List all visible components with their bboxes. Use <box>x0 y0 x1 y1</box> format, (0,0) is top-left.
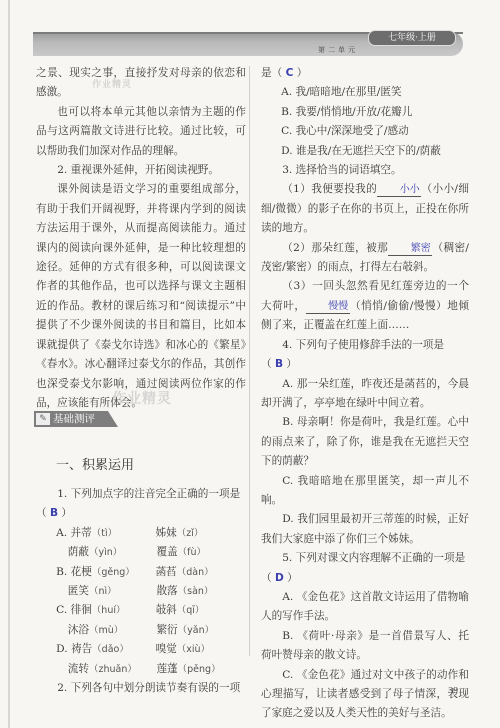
paragraph: 也可以将本单元其他以亲情为主题的作品与这两篇散文诗进行比较。通过比较，可以帮助我… <box>36 103 246 161</box>
option-row: B. 花梗（gěng） 菡萏（dàn） <box>36 563 246 582</box>
option: A. 那一朵红莲，昨夜还是菡萏的，今晨却开满了，亭亭地在绿叶中间立着。 <box>261 375 469 414</box>
question-3-stem: 3. 选择恰当的词语填空。 <box>261 161 469 180</box>
right-column: 是（ C ） A. 我/暗暗地/在那里/匿笑 B. 我要/悄悄地/开放/花瓣儿 … <box>261 64 469 724</box>
column-divider <box>249 66 250 656</box>
unit-label: 第二单元 <box>318 45 358 55</box>
question-4-stem: 4. 下列句子使用修辞手法的一项是 <box>261 336 469 355</box>
option: D. 谁是我/在无遮拦天空下的/荫蔽 <box>261 142 469 161</box>
option-row: A. 并蒂（tì） 姊妹（zǐ） <box>36 524 246 543</box>
paragraph: 课外阅读是语文学习的重要组成部分，有助于我们开阔视野，并将课内学到的阅读方法运用… <box>36 180 246 413</box>
option: C. 《金色花》通过对文中孩子的动作和心理描写，让读者感受到了母子情深，表现了家… <box>261 666 469 724</box>
watermark: 作业精灵 <box>112 388 172 408</box>
fill-item: （1）我便要投我的小小（小小/细细/微微）的影子在你的书页上，正投在你所读的地方… <box>261 180 469 238</box>
page-binding-edge <box>8 0 10 728</box>
option: B. 《荷叶·母亲》是一首借景写人、托荷叶赞母亲的散文诗。 <box>261 627 469 666</box>
answer-line: 是（ C ） <box>261 64 469 83</box>
question-stem: 1. 下列加点字的注音完全正确的一项是 <box>36 485 246 504</box>
fill-item: （2）那朵红莲，被那繁密（稠密/茂密/繁密）的雨点，打得左右攲斜。 <box>261 239 469 278</box>
left-column: 之景、现实之事，直接抒发对母亲的依恋和感激。 也可以将本单元其他以亲情为主题的作… <box>36 64 246 413</box>
option-row: 沐浴（mù） 繁衍（yǎn） <box>36 621 246 640</box>
answer-mark: B <box>50 507 58 519</box>
sub-heading: 一、积累运用 <box>56 454 134 473</box>
option: C. 我暗暗地在那里匿笑，却一声儿不响。 <box>261 472 469 511</box>
option: D. 我们园里最初开三蒂莲的时候，正好我们大家庭中添了你们三个姊妹。 <box>261 510 469 549</box>
question-1: 1. 下列加点字的注音完全正确的一项是 （ B ） A. 并蒂（tì） 姊妹（z… <box>36 485 246 698</box>
option-row: 荫蔽（yìn） 覆盖（fù） <box>36 543 246 562</box>
option-row: C. 徘徊（huí） 攲斜（qī） <box>36 601 246 620</box>
paragraph: 之景、现实之事，直接抒发对母亲的依恋和感激。 <box>36 64 246 103</box>
watermark: 作业精灵 <box>92 77 132 90</box>
question-2-stem: 2. 下列各句中划分朗读节奏有误的一项 <box>36 679 246 698</box>
answer-mark: B <box>275 358 283 370</box>
option: B. 母亲啊！你是荷叶，我是红莲。心中的雨点来了，除了你，谁是我在无遮拦天空下的… <box>261 413 469 471</box>
answer-line: （ B ） <box>36 504 246 523</box>
section-tag: ✎基础测评 <box>34 411 118 427</box>
answer-mark: D <box>275 572 284 584</box>
option: A. 我/暗暗地/在那里/匿笑 <box>261 83 469 102</box>
pencil-icon: ✎ <box>36 413 50 425</box>
option-row: 流转（zhuǎn） 莲蓬（pěng） <box>36 660 246 679</box>
page-number: 39 <box>448 686 458 695</box>
fill-item: （3）一回头忽然看见红莲旁边的一个大荷叶，慢慢（悄悄/偷偷/慢慢）地倾侧了来，正… <box>261 277 469 335</box>
subheading-point-2: 2. 重视课外延伸，开拓阅读视野。 <box>36 161 246 180</box>
option-row: 匿笑（nì） 散落（sàn） <box>36 582 246 601</box>
option: B. 我要/悄悄地/开放/花瓣儿 <box>261 103 469 122</box>
answer-line: （ B ） <box>261 355 469 374</box>
section-tag-label: 基础测评 <box>53 413 95 425</box>
fill-blank: 慢慢 <box>306 300 350 314</box>
fill-blank: 小小 <box>377 183 421 197</box>
answer-line: （ D ） <box>261 569 469 588</box>
fill-blank: 繁密 <box>388 242 432 256</box>
option-row: D. 祷告（dǎo） 嗅觉（xiù） <box>36 640 246 659</box>
question-5-stem: 5. 下列对课文内容理解不正确的一项是 <box>261 549 469 568</box>
grade-badge: 七年级·上册 <box>368 30 456 46</box>
option: A. 《金色花》这首散文诗运用了借物喻人的写作手法。 <box>261 588 469 627</box>
option: C. 我心中/深深地受了/感动 <box>261 122 469 141</box>
answer-mark: C <box>286 67 294 79</box>
